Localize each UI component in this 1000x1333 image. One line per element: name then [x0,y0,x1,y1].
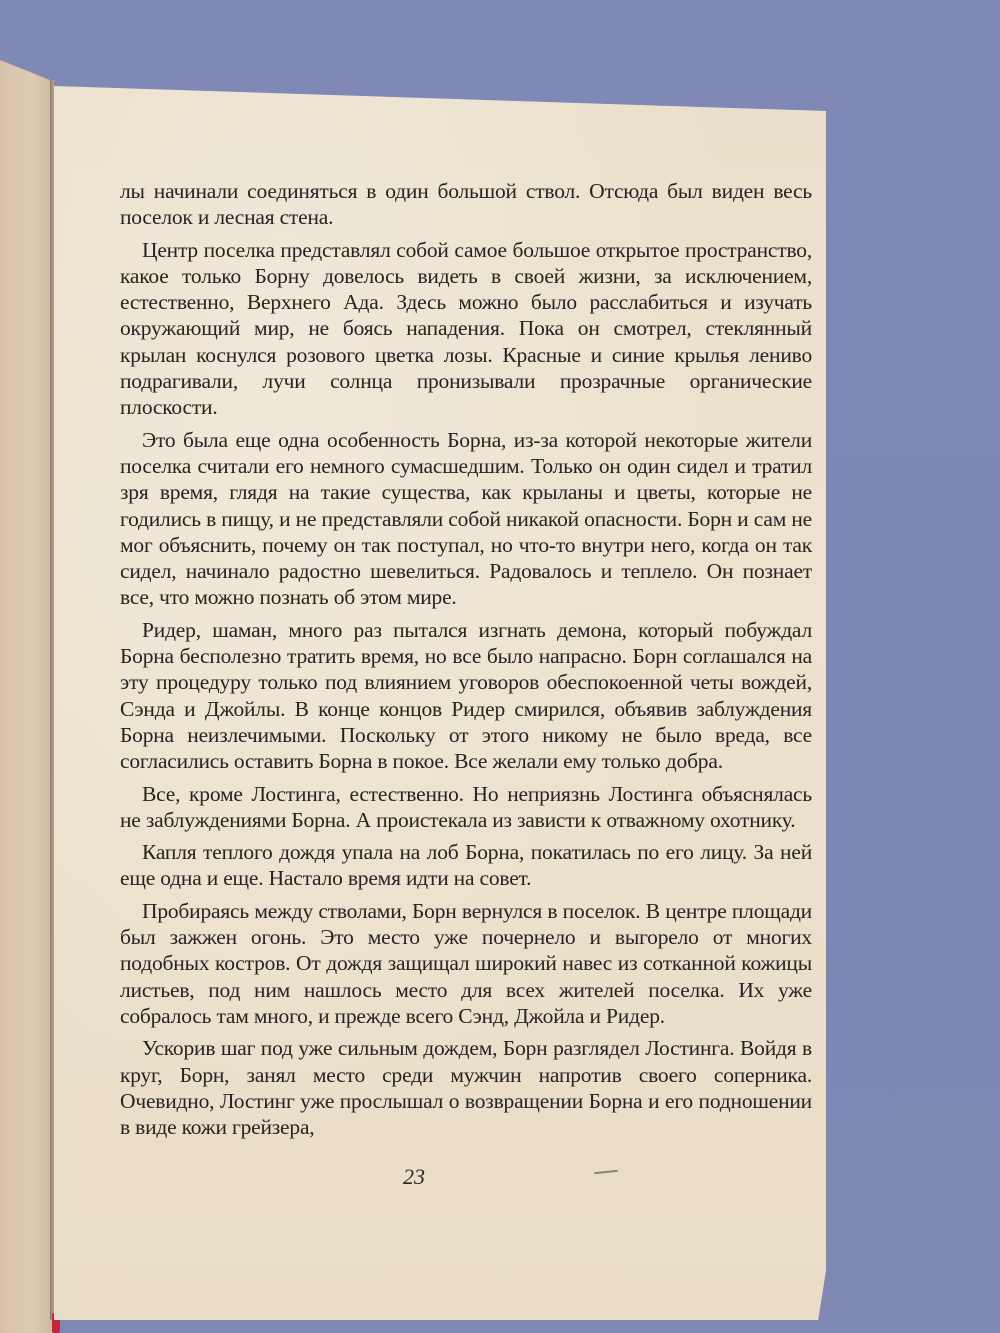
paragraph: Все, кроме Лостинга, естественно. Но неп… [120,781,812,834]
paragraph: Ускорив шаг под уже сильным дождем, Борн… [120,1035,812,1140]
book-spine [50,80,54,1320]
page-text: лы начинали соединяться в один большой с… [120,178,812,1146]
left-page-edge [0,60,55,1333]
paragraph: Капля теплого дождя упала на лоб Борна, … [120,839,812,892]
paragraph: Пробираясь между стволами, Борн вернулся… [120,898,812,1029]
page-number: 23 [28,1164,800,1190]
paragraph: лы начинали соединяться в один большой с… [120,178,812,231]
paragraph: Центр поселка представлял собой самое бо… [120,237,812,421]
book-page: лы начинали соединяться в один большой с… [54,86,826,1320]
paragraph: Ридер, шаман, много раз пытался изгнать … [120,617,812,775]
paragraph: Это была еще одна особенность Борна, из-… [120,427,812,611]
